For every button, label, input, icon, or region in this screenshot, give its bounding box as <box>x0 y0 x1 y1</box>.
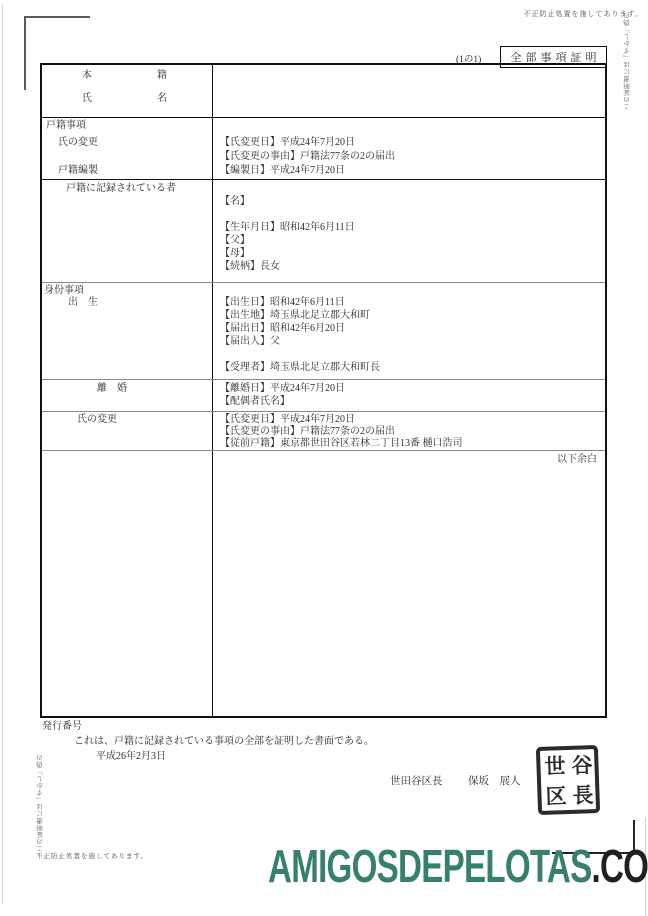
label-name-change-2: 氏の変更 <box>77 414 117 426</box>
seal-char-4: 長 <box>568 779 596 810</box>
line-former-register: 【従前戸籍】東京都世田谷区若林二丁目13番 樋口浩司 <box>220 438 463 450</box>
line-person-birthdate: 【生年月日】昭和42年6月11日 <box>220 222 355 234</box>
certification-statement: これは、戸籍に記録されている事項の全部を証明した書面である。 <box>74 736 374 748</box>
mayor-title: 世田谷区長 <box>390 776 443 788</box>
scan-edge-left <box>2 4 3 904</box>
label-compile: 戸籍編製 <box>58 165 98 177</box>
seal-char-2: 谷 <box>567 749 595 780</box>
line-name-change-date: 【氏変更日】平成24年7月20日 <box>220 137 355 149</box>
honseki-label-right: 籍 <box>157 70 167 82</box>
line-birth-place: 【出生地】埼玉県北足立郡大和町 <box>220 310 370 322</box>
line-name-change2-reason: 【氏変更の事由】戸籍法77条の2の届出 <box>220 426 395 438</box>
section-koseki-jiko: 戸籍事項 <box>46 120 86 132</box>
honseki-label-left: 本 <box>82 70 92 82</box>
row-divider-blank <box>42 450 605 451</box>
line-name-change-reason: 【氏変更の事由】戸籍法77条の2の届出 <box>220 151 395 163</box>
line-birth-reporter: 【届出人】父 <box>220 336 280 348</box>
issue-date: 平成26年2月3日 <box>96 751 166 763</box>
line-divorce-spouse: 【配偶者氏名】 <box>220 396 290 408</box>
line-person-father: 【父】 <box>220 235 250 247</box>
row-divider-divorce-namechange <box>42 411 605 412</box>
table-column-divider <box>212 65 213 716</box>
row-divider-honseki <box>42 117 605 118</box>
label-divorce: 離 婚 <box>97 383 127 395</box>
label-name-change: 氏の変更 <box>58 137 98 149</box>
label-recorded-person: 戸籍に記録されている者 <box>66 183 176 195</box>
anti-fraud-notice-bottom: 不正防止処置を施してあります。 <box>36 851 148 860</box>
line-birth-acceptor: 【受理者】埼玉県北足立郡大和町長 <box>220 362 380 374</box>
line-birth-date: 【出生日】昭和42年6月11日 <box>220 297 345 309</box>
line-name-change2-date: 【氏変更日】平成24年7月20日 <box>220 414 355 426</box>
line-birth-report-date: 【届出日】昭和42年6月20日 <box>220 323 345 335</box>
mayor-name: 保坂 展人 <box>468 776 521 788</box>
label-birth: 出 生 <box>68 297 98 309</box>
shimei-label-left: 氏 <box>82 93 92 105</box>
koseki-certificate-page: 不正防止処置を施してあります。 この証明書には「すかし」偽の この証明書には「す… <box>0 0 648 916</box>
row-divider-koseki-jiko <box>42 179 605 180</box>
watermark-notice-vertical-right: この証明書には「すかし」偽の <box>623 22 632 110</box>
remainder-blank-note: 以下余白 <box>557 454 597 466</box>
line-divorce-date: 【離婚日】平成24年7月20日 <box>220 383 345 395</box>
shimei-label-right: 名 <box>157 93 167 105</box>
brand-watermark: AMIGOSDEPELOTAS.COM <box>268 843 648 889</box>
register-table: 本 籍 氏 名 戸籍事項 氏の変更 【氏変更日】平成24年7月20日 【氏変更の… <box>40 63 607 718</box>
section-mibun-jiko: 身份事項 <box>44 285 84 297</box>
watermark-notice-vertical-left: この証明書には「すかし」偽の <box>36 756 45 852</box>
line-compile-date: 【編製日】平成24年7月20日 <box>220 165 345 177</box>
issue-number-label: 発行番号 <box>42 721 82 733</box>
line-person-relation: 【続柄】長女 <box>220 261 280 273</box>
brand-watermark-main: AMIGOSDEPELOTAS <box>268 840 591 892</box>
row-divider-recorded-person <box>42 282 605 283</box>
brand-watermark-tld: .COM <box>591 840 648 892</box>
line-person-mother: 【母】 <box>220 248 250 260</box>
row-divider-birth-divorce <box>42 379 605 380</box>
mayor-seal: 世 谷 区 長 <box>536 745 600 815</box>
shimei-label: 氏 名 <box>82 93 167 105</box>
line-person-name: 【名】 <box>220 196 250 208</box>
seal-char-3: 区 <box>541 780 569 811</box>
seal-char-1: 世 <box>540 750 568 781</box>
honseki-label: 本 籍 <box>82 70 167 82</box>
